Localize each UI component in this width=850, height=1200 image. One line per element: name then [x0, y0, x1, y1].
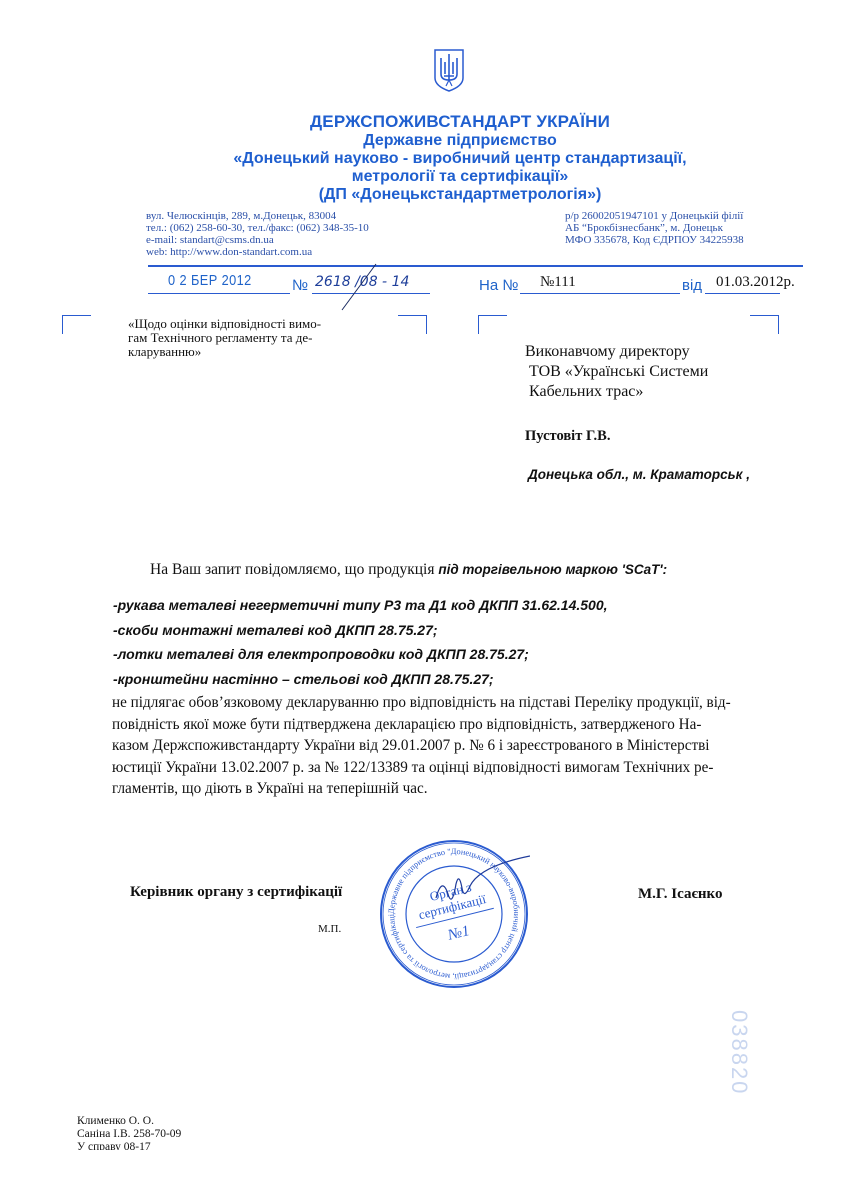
org-parent-name: ДЕРЖСПОЖИВСТАНДАРТ УКРАЇНИ	[150, 112, 770, 132]
bank-name: АБ “Брокбізнесбанк”, м. Донецьк	[565, 222, 805, 234]
executor-contact: Саніна І.В. 258-70-09	[77, 1128, 181, 1141]
subject-line: «Щодо оцінки відповідності вимо-	[128, 317, 378, 331]
subject-bracket-right	[398, 315, 427, 334]
reply-date-underline	[705, 293, 780, 294]
recipient-location: Донецька обл., м. Краматорськ ,	[528, 467, 750, 482]
org-short-name: (ДП «Донецькстандартметрологія»)	[150, 186, 770, 204]
official-stamp: Державне підприємство "Донецький науково…	[378, 838, 530, 990]
paragraph-line: гламентів, що діють в Україні на теперіш…	[112, 778, 771, 800]
stamp-number: №1	[445, 923, 471, 944]
org-name-line1: «Донецький науково - виробничий центр ст…	[150, 150, 770, 168]
product-item: -кронштейни настінно – стельові код ДКПП…	[113, 671, 494, 687]
letterhead-divider	[148, 265, 803, 267]
body-intro: На Ваш запит повідомляємо, що продукція …	[150, 561, 667, 579]
recipient-title: Виконавчому директору	[525, 342, 708, 362]
signatory-position: Керівник органу з сертифікації	[130, 884, 342, 901]
trident-coat-of-arms-icon	[433, 48, 465, 92]
footer-notes: Клименко О. О. Саніна І.В. 258-70-09 У с…	[77, 1115, 181, 1150]
recipient-company-cont: Кабельних трас»	[525, 382, 708, 402]
address-bracket-left	[478, 315, 507, 334]
intro-text: На Ваш запит повідомляємо, що продукція	[150, 561, 438, 578]
date-underline	[148, 293, 290, 294]
paragraph-line: юстиції України 13.02.2007 р. за № 122/1…	[112, 757, 771, 779]
file-reference: У справу 08-17	[77, 1141, 181, 1150]
phone: тел.: (062) 258-60-30, тел./факс: (062) …	[146, 222, 446, 234]
subject-line: гам Технічного регламенту та де-	[128, 331, 378, 345]
org-name-line2: метрології та сертифікації»	[150, 168, 770, 186]
recipient-block: Виконавчому директору ТОВ «Українські Си…	[525, 342, 708, 402]
paragraph-line: казом Держспоживстандарту України від 29…	[112, 735, 771, 757]
executor-name: Клименко О. О.	[77, 1115, 181, 1128]
email-link[interactable]: e-mail: standart@csms.dn.ua	[146, 234, 446, 246]
side-registration-number: 038820	[726, 1010, 752, 1095]
contacts-left: вул. Челюскінців, 289, м.Донецьк, 83004 …	[146, 210, 446, 258]
reply-underline	[520, 293, 680, 294]
org-type: Державне підприємство	[150, 132, 770, 150]
coat-of-arms-emblem	[433, 48, 465, 92]
product-item: -рукава металеві негерметичні типу Р3 та…	[113, 597, 608, 613]
address: вул. Челюскінців, 289, м.Донецьк, 83004	[146, 210, 446, 222]
recipient-name: Пустовіт Г.В.	[525, 428, 610, 445]
brand-mention: під торгівельною маркою 'SCaT':	[438, 562, 667, 577]
pen-stroke-mark	[340, 262, 380, 312]
signatory-name: М.Г. Ісаєнко	[638, 886, 723, 903]
body-paragraph: не підлягає обов’язковому декларуванню п…	[112, 692, 771, 800]
bank-account: р/р 26002051947101 у Донецькій філії	[565, 210, 805, 222]
paragraph-line: повідність якої може бути підтверджена д…	[112, 714, 771, 736]
reply-date-value: 01.03.2012р.	[716, 274, 795, 291]
reply-to-value: №111	[540, 274, 576, 291]
subject-bracket-left	[62, 315, 91, 334]
web-link[interactable]: web: http://www.don-standart.com.ua	[146, 246, 446, 258]
contacts-right: р/р 26002051947101 у Донецькій філії АБ …	[565, 210, 805, 246]
bank-codes: МФО 335678, Код ЄДРПОУ 34225938	[565, 234, 805, 246]
outgoing-number-label: №	[292, 277, 308, 294]
subject-line: кларуванню»	[128, 345, 378, 359]
reply-date-label: від	[682, 277, 702, 294]
reply-to-label: На №	[479, 277, 518, 294]
date-stamp: 0 2 БЕР 2012	[168, 272, 252, 289]
recipient-company: ТОВ «Українські Системи	[525, 362, 708, 382]
seal-place-label: М.П.	[318, 923, 341, 935]
paragraph-line: не підлягає обов’язковому декларуванню п…	[112, 692, 771, 714]
product-item: -лотки металеві для електропроводки код …	[113, 646, 529, 662]
product-item: -скоби монтажні металеві код ДКПП 28.75.…	[113, 622, 438, 638]
address-bracket-right	[750, 315, 779, 334]
letter-subject: «Щодо оцінки відповідності вимо- гам Тех…	[128, 317, 378, 359]
